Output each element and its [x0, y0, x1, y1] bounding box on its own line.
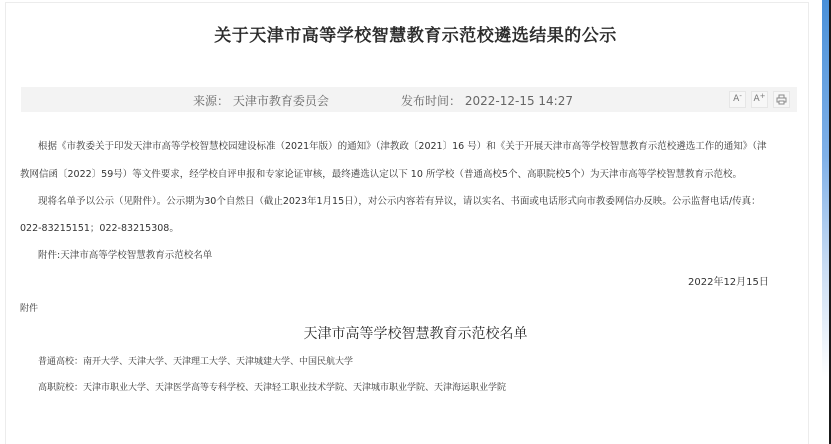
signature-date: 2022年12月15日	[688, 273, 769, 288]
attachment-label: 附件	[20, 301, 38, 314]
source-value: 天津市教育委员会	[233, 94, 329, 108]
publish-time-value: 2022-12-15 14:27	[465, 94, 573, 108]
attachment-list-title: 天津市高等学校智慧教育示范校名单	[0, 323, 831, 343]
attachment-reference: 附件:天津市高等学校智慧教育示范校名单	[38, 247, 212, 261]
paragraph-1-line-2: 教网信函〔2022〕59号）等文件要求，经学校自评申报和专家论证审核，最终遴选认…	[20, 166, 742, 180]
font-increase-icon: A+	[753, 94, 765, 104]
vocational-colleges-list: 高职院校：天津市职业大学、天津医学高等专科学校、天津轻工职业技术学院、天津城市职…	[38, 380, 506, 393]
font-decrease-icon: A-	[733, 94, 742, 104]
paragraph-2-line-2: 022-83215151；022-83215308。	[20, 220, 179, 234]
article-title: 关于天津市高等学校智慧教育示范校遴选结果的公示	[0, 21, 831, 46]
paragraph-2-line-1: 现将名单予以公示（见附件）。公示期为30个自然日（截止2023年1月15日），对…	[38, 193, 761, 207]
general-universities-list: 普通高校：南开大学、天津大学、天津理工大学、天津城建大学、中国民航大学	[38, 354, 353, 367]
printer-icon	[776, 94, 787, 105]
source-label: 来源：	[193, 94, 229, 108]
paragraph-1-line-1: 根据《市教委关于印发天津市高等学校智慧校园建设标准（2021年版）的通知》（津教…	[38, 138, 766, 152]
font-increase-button[interactable]: A+	[751, 91, 768, 108]
font-decrease-button[interactable]: A-	[729, 91, 746, 108]
print-button[interactable]	[773, 91, 790, 108]
article-meta-bar: 来源： 天津市教育委员会 发布时间： 2022-12-15 14:27 A- A…	[21, 87, 797, 112]
source-info: 来源： 天津市教育委员会	[193, 92, 329, 109]
publish-time-label: 发布时间：	[401, 94, 461, 108]
scrollbar[interactable]	[822, 0, 829, 444]
publish-time-info: 发布时间： 2022-12-15 14:27	[401, 92, 573, 109]
page: 关于天津市高等学校智慧教育示范校遴选结果的公示 来源： 天津市教育委员会 发布时…	[0, 0, 831, 444]
